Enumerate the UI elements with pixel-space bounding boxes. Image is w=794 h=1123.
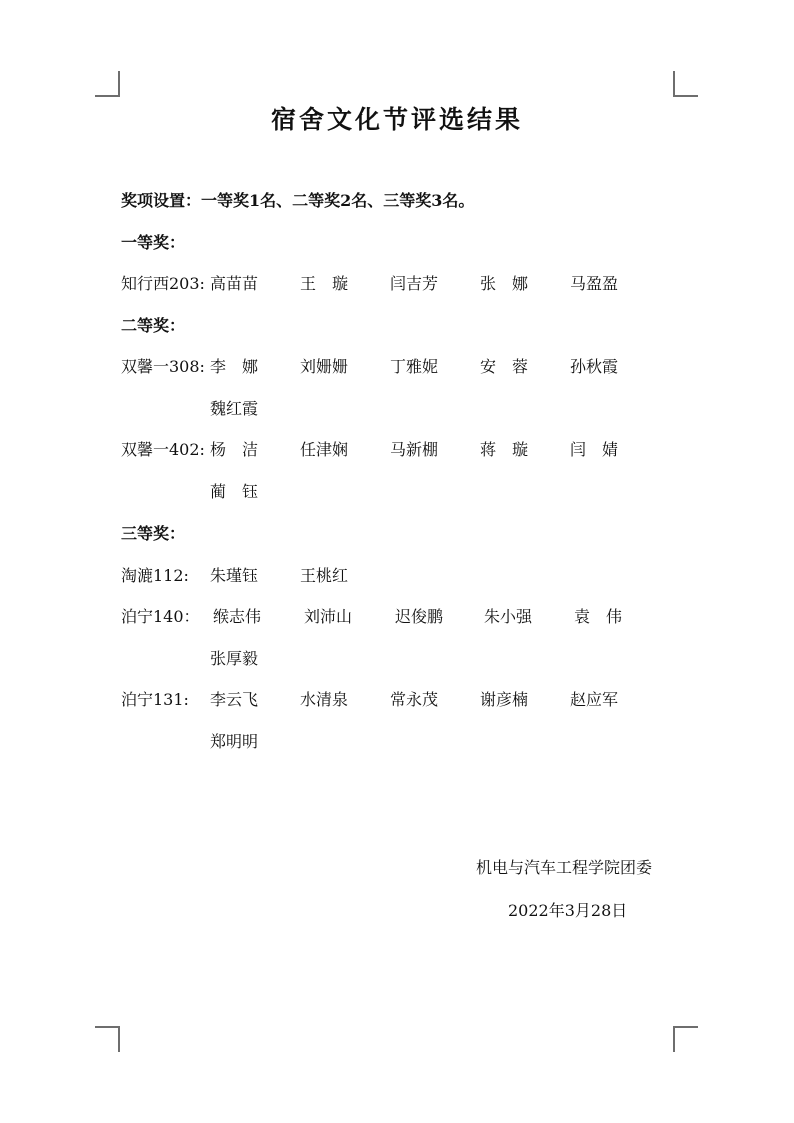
winner-name: 张 娜 (480, 273, 528, 295)
room-label: 双馨一402: (121, 439, 205, 461)
winner-name: 赵应军 (570, 689, 618, 711)
winner-name: 蒋 璇 (480, 439, 528, 461)
winner-name: 迟俊鹏 (395, 606, 443, 628)
winner-name: 丁雅妮 (390, 356, 438, 378)
winner-name: 常永茂 (390, 689, 438, 711)
award-row-second-2: 双馨一402: 杨 洁 任津娴 马新棚 蒋 璇 闫 婧 (121, 439, 681, 461)
corner-mark-top-left-v (118, 71, 120, 97)
award-row-third-3: 泊宁131: 李云飞 水清泉 常永茂 谢彦楠 赵应军 (121, 689, 681, 711)
winner-name: 李 娜 (210, 356, 258, 378)
winner-name: 缑志伟 (213, 606, 261, 628)
winner-name: 朱小强 (484, 606, 532, 628)
award-row-third-2: 泊宁140： 缑志伟 刘沛山 迟俊鹏 朱小强 袁 伟 (121, 606, 681, 628)
winner-name: 王桃红 (300, 565, 348, 587)
winner-name: 安 蓉 (480, 356, 528, 378)
winner-name: 刘姗姗 (300, 356, 348, 378)
winner-name: 水清泉 (300, 689, 348, 711)
corner-mark-bottom-right-v (673, 1026, 675, 1052)
winner-name: 王 璇 (300, 273, 348, 295)
section-heading-third-prize: 三等奖： (121, 523, 185, 545)
winner-name: 杨 洁 (210, 439, 258, 461)
corner-mark-top-left-h (95, 95, 120, 97)
winner-name: 闫 婧 (570, 439, 618, 461)
award-setting: 奖项设置：一等奖1名、二等奖2名、三等奖3名。 (121, 190, 474, 212)
corner-mark-top-right-h (673, 95, 698, 97)
corner-mark-top-right-v (673, 71, 675, 97)
signature-date: 2022年3月28日 (508, 898, 627, 921)
winner-name: 谢彦楠 (480, 689, 528, 711)
winner-name: 高苗苗 (210, 273, 258, 295)
page-title: 宿舍文化节评选结果 (0, 100, 794, 136)
winner-name: 魏红霞 (210, 398, 258, 420)
award-row-third-1: 淘漉112: 朱瑾钰 王桃红 (121, 565, 681, 587)
award-row-second-1-cont: 魏红霞 (121, 398, 681, 420)
section-heading-first-prize: 一等奖： (121, 232, 185, 254)
winner-name: 孙秋霞 (570, 356, 618, 378)
corner-mark-bottom-left-v (118, 1026, 120, 1052)
winner-name: 李云飞 (210, 689, 258, 711)
room-label: 双馨一308: (121, 356, 205, 378)
award-row-third-2-cont: 张厚毅 (121, 648, 681, 670)
winner-name: 刘沛山 (304, 606, 352, 628)
award-row-second-2-cont: 蔺 钰 (121, 481, 681, 503)
winner-name: 马盈盈 (570, 273, 618, 295)
award-row-third-3-cont: 郑明明 (121, 731, 681, 753)
award-row-second-1: 双馨一308: 李 娜 刘姗姗 丁雅妮 安 蓉 孙秋霞 (121, 356, 681, 378)
room-label: 淘漉112: (121, 565, 189, 587)
award-row-first-1: 知行西203: 高苗苗 王 璇 闫吉芳 张 娜 马盈盈 (121, 273, 681, 295)
winner-name: 任津娴 (300, 439, 348, 461)
room-label: 知行西203: (121, 273, 205, 295)
section-heading-second-prize: 二等奖： (121, 315, 185, 337)
room-label: 泊宁131: (121, 689, 189, 711)
winner-name: 郑明明 (210, 731, 258, 753)
winner-name: 张厚毅 (210, 648, 258, 670)
winner-name: 袁 伟 (574, 606, 622, 628)
room-label: 泊宁140： (121, 606, 200, 628)
corner-mark-bottom-right-h (673, 1026, 698, 1028)
corner-mark-bottom-left-h (95, 1026, 120, 1028)
winner-name: 闫吉芳 (390, 273, 438, 295)
winner-name: 朱瑾钰 (210, 565, 258, 587)
signature-organization: 机电与汽车工程学院团委 (476, 855, 652, 878)
winner-name: 蔺 钰 (210, 481, 258, 503)
winner-name: 马新棚 (390, 439, 438, 461)
